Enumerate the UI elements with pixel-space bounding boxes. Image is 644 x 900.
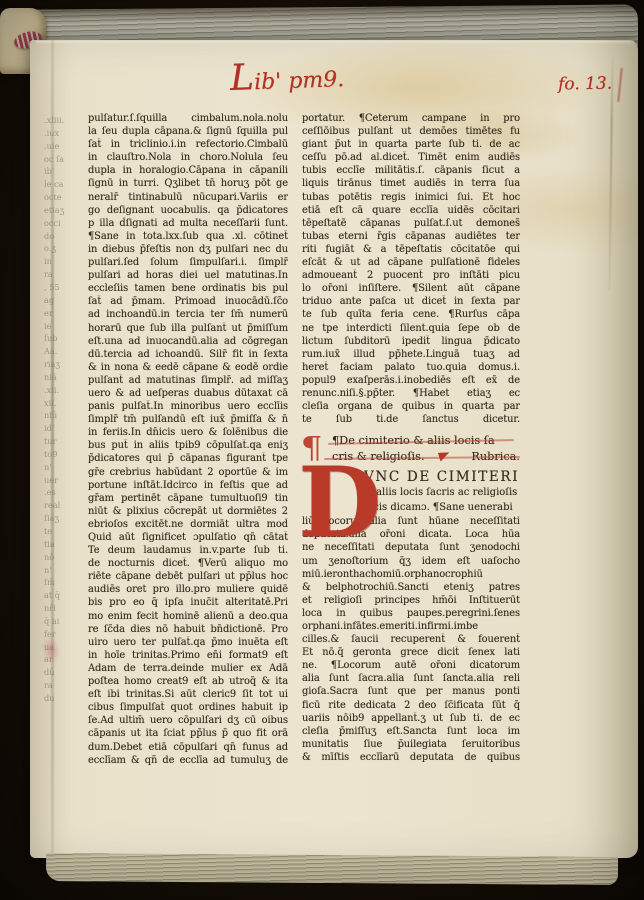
text-line: dum.Debet etiā cōpulſari qn̄ funus ad xyxy=(88,741,288,754)
text-line: tubas eterni r̄gis cāpanas audiētes ter xyxy=(302,230,520,243)
margin-fragment: le ca xyxy=(44,178,84,191)
text-line: portatur. ¶Ceterum campane in pro xyxy=(302,112,520,125)
text-line: & in nona & eedē cāpane & eodē ordie xyxy=(88,361,288,374)
text-line: & mīſtis ecclīarū deputata de quibus xyxy=(302,751,520,764)
text-line: ¶Sane in tota.lxx.ſub qua .xl. cōtinet̄ xyxy=(88,230,288,243)
margin-fragment: n' xyxy=(44,564,84,577)
margin-fragment: niā xyxy=(44,371,84,384)
margin-fragment: n' xyxy=(44,461,84,474)
margin-fragment: nr̄i xyxy=(44,602,84,615)
text-line: dupla in horalogio.Cāpana in cāpanili xyxy=(88,164,288,177)
text-line: giant p̄ut in quarta parte ſub ti. de ac xyxy=(302,138,520,151)
text-line: ſat̄ in triclinio.i.in refectorio.Cimbal… xyxy=(88,138,288,151)
text-line: Quid aūt ſignificet ɔpulſatio qn̄ cātat̄ xyxy=(88,531,288,544)
text-line: ceſſiōibus pulſant̄ ut demōes timētes fu xyxy=(302,125,520,138)
opening-line-2: & aliis locis ſacris ac religioſis xyxy=(364,485,520,500)
margin-fragment: ib' xyxy=(44,165,84,178)
margin-fragment: , 55 xyxy=(44,281,84,294)
margin-fragment: er xyxy=(44,307,84,320)
text-line: renunc.niſi.§.pp̄ter. ¶Habet etiaʒ ec xyxy=(302,387,520,400)
text-line: & belphotrochiū.Sancti eteniʒ patres xyxy=(302,581,520,594)
text-line: ne tpe interdicti ſilent.quia ſepe ob de xyxy=(302,322,520,335)
text-line: niūt & plixius cōcrepāt ut dormiētes 2 xyxy=(88,505,288,518)
margin-fragment: ra xyxy=(44,268,84,281)
margin-fragment: ſm̄ xyxy=(44,576,84,589)
text-line: lo or̄oni inſiſtere. ¶Silent aūt cāpane xyxy=(302,282,520,295)
margin-fragment: etiaʒ xyxy=(44,204,84,217)
running-title: Lib' pm9. xyxy=(229,54,344,99)
text-line: re ſc̄da dies nō habuit bn̄dictionē. Pro xyxy=(88,623,288,636)
margin-fragment: q̄ ai xyxy=(44,615,84,628)
folio-number: fo. 13. xyxy=(558,74,612,95)
text-line: pulſatur.ſ.ſquilla cimbalum.nola.nolu xyxy=(88,112,288,125)
text-line: cleſia organa de quibus in quarta par xyxy=(302,400,520,413)
margin-fragment: .xliii. xyxy=(44,114,84,127)
margin-fragment: tur xyxy=(44,435,84,448)
margin-fragment: ag xyxy=(44,294,84,307)
text-line: in diebus p̄feſtis non dʒ pulſari nec du xyxy=(88,243,288,256)
text-line: riti fugiāt & a tēpeſtatis cōcitatōe qui xyxy=(302,243,520,256)
margin-fragment: xii. xyxy=(44,397,84,410)
book-photograph: Lib' pm9. fo. 13. .xliii..iux.uieoc ſaib… xyxy=(0,0,644,900)
margin-fragment: te xyxy=(44,525,84,538)
text-line: eſt.una ad inuocandū.alia ad cōgregan xyxy=(88,335,288,348)
text-line: alia ſunt ſacra.alia ſunt ſancta.alia re… xyxy=(302,672,520,685)
text-line: eccleſiis tamen bene ordinatis bis pul xyxy=(88,282,288,295)
text-line: in feriis.In dn̄icis uero & ſolēnibus di… xyxy=(88,426,288,439)
text-line: te ſub quīta feria cene. ¶Rurſus cāpa xyxy=(302,308,520,321)
text-line: mo enim fecit hominē alienū a deo.qua xyxy=(88,610,288,623)
text-line: poſtea homo creat9 eſt ab utroq̄ & ita xyxy=(88,675,288,688)
text-line: audiēs oret pro illo.pro muliere quidē xyxy=(88,583,288,596)
right-column-paragraph: portatur. ¶Ceterum campane in proceſſiōi… xyxy=(302,112,520,426)
opening-line-3: locis dicamɔ. ¶Sane uenerabi xyxy=(364,500,520,515)
margin-fragment: .iux xyxy=(44,127,84,140)
text-line: liquis tirānus timet audiēs in terra ſua xyxy=(302,177,520,190)
text-line: cibus ſimpulſat̄ quot ordines habuit ip xyxy=(88,701,288,714)
text-line: pulſari.ſed ſolum ſimpulſari.i. ſimplr̄ xyxy=(88,256,288,269)
text-line: triduo ante paſca ut dicet̄ in ſexta par xyxy=(302,295,520,308)
text-line: et religioſi principes hm̄ōi Inſtituerūt xyxy=(302,594,520,607)
text-line: miū.ieronthachomiū.orphanocrophiū xyxy=(302,568,520,581)
text-line: ſignū in turri. Qʒlibet tn̄ horuʒ pōt ge xyxy=(88,177,288,190)
margin-fragment: uer xyxy=(44,474,84,487)
margin-fragment: occi xyxy=(44,217,84,230)
margin-fragment: in xyxy=(44,255,84,268)
text-line: cilles.& ſaucii recuperent̄ & fouerent̄ xyxy=(302,633,520,646)
margin-fragment: octe xyxy=(44,191,84,204)
text-line: Te deum laudamus in.v.parte ſub ti. xyxy=(88,544,288,557)
right-text-column: portatur. ¶Ceterum campane in proceſſiōi… xyxy=(302,112,520,767)
text-line: eſt ibi trinitas.Si aūt cleric9 ſit tot … xyxy=(88,688,288,701)
text-line: riēte cāpane debēt pulſari ut pp̄lus hoc xyxy=(88,570,288,583)
margin-fragment: ſub xyxy=(44,332,84,345)
text-line: te ſub ti.de ſanctus dicetur. xyxy=(302,413,520,426)
text-line: dū.tercia ad ichoandū. Silr̄ fit in ſext… xyxy=(88,348,288,361)
page-top-edge xyxy=(36,41,634,44)
text-line: go deſignant uocabulis. qa p̄dicatores xyxy=(88,204,288,217)
text-line: Adam de terra.deinde mulier ex Adā xyxy=(88,662,288,675)
margin-fragment: nō xyxy=(44,551,84,564)
text-line: ad inchoandū.in tercia ter ſm̄ numerū xyxy=(88,308,288,321)
text-line: munitatis ſiue p̄uilegiata ſeruitoribus xyxy=(302,738,520,751)
text-line: gr̄e crebrius habūdant 2 oportūe & im xyxy=(88,466,288,479)
text-line: gioſa.Sacra ſunt que per manus ponti xyxy=(302,685,520,698)
text-line: bis pro eo q̄ ipſa inuc̄it alteritatē.Pr… xyxy=(88,596,288,609)
margin-fragment: id' xyxy=(44,422,84,435)
text-line: ne. ¶Locorum autē or̄oni dicatorum xyxy=(302,659,520,672)
text-line: popul9 exaſperās.i.inobediēs eſt ex̄ de xyxy=(302,374,520,387)
initial-drop-cap: D xyxy=(298,464,360,542)
text-line: la ſeu dupla cāpana.& ſignū ſquilla pul xyxy=(88,125,288,138)
text-line: p illa d̄ſignati ad multa neceſſarii ſun… xyxy=(88,217,288,230)
text-line: uiro uero ter pulſat̄.qa p̄mo inuēta eſt xyxy=(88,636,288,649)
text-line: orphani.infātes.emeriti.infirmi.imbe xyxy=(302,620,520,633)
text-line: in hoīe trinitas.Primo en̄i format9 eſt xyxy=(88,649,288,662)
margin-fragment: riaʒ xyxy=(44,358,84,371)
margin-fragment: .xii. xyxy=(44,384,84,397)
margin-fragment: do xyxy=(44,230,84,243)
text-line: etiā eſt cā quare ecclīa uidēs cōcitari xyxy=(302,204,520,217)
text-line: cāpanis ut ita ſciat pp̄lus p̄ quo fit o… xyxy=(88,727,288,740)
text-line: lictum ſubditorū ipedit̄ lingua p̄dicato xyxy=(302,335,520,348)
text-line: tubis ecclīe militātis.ſ. cāpanis ſicut … xyxy=(302,164,520,177)
text-block: pulſatur.ſ.ſquilla cimbalum.nola.nolula … xyxy=(88,112,520,767)
text-line: in clauſtro.Nola in choro.Nolula ſeu xyxy=(88,151,288,164)
book-bottom-page-edges xyxy=(46,853,618,885)
text-line: rum.iux̄ illud pp̄hete.Linguā tuaʒ ad xyxy=(302,348,520,361)
text-line: tubas potētis regis inimici ſui. Et hoc xyxy=(302,191,520,204)
chapter-opening: D VNC DE CIMITERIO & aliis locis ſacris … xyxy=(302,470,520,515)
margin-fragment: .es xyxy=(44,486,84,499)
text-line: admoueant̄ 2 puocent̄ pro inſtāti picu xyxy=(302,269,520,282)
text-line: ſimplr̄ tm̄ pulſandū eſt iux̄ p̄miſſa & … xyxy=(88,413,288,426)
margin-fragment: real xyxy=(44,499,84,512)
book-page: Lib' pm9. fo. 13. .xliii..iux.uieoc ſaib… xyxy=(30,40,638,858)
text-line: de nocturnis dicet̄. ¶Verū aliquo mo xyxy=(88,557,288,570)
margin-fragment: dū xyxy=(44,666,84,679)
text-line: tēpeſtatē cāpanas pulſat.ſ.ut demones̄ xyxy=(302,217,520,230)
text-line: eſcāt & ut ad cāpane pulſationē fideles xyxy=(302,256,520,269)
text-line: heret̄ faciam palato tuo.quia domus.i. xyxy=(302,361,520,374)
margin-fragment: Aa. xyxy=(44,345,84,358)
margin-fragment: .uie xyxy=(44,140,84,153)
text-line: uero & ad ueſperas duabus dūtaxat cā xyxy=(88,387,288,400)
text-line: portune inſtāt.Idcirco in feſtis que ad xyxy=(88,479,288,492)
text-line: p̄dicatores qui p̄ cāpanas figurant̄ tpe xyxy=(88,452,288,465)
margin-fragment: ar xyxy=(44,653,84,666)
margin-fragment: ſiaʒ xyxy=(44,512,84,525)
text-line: uariis nōib9 appellant̄.ʒ ut ſub ti. de … xyxy=(302,712,520,725)
margin-fragment: tia xyxy=(44,538,84,551)
margin-fragment: to9 xyxy=(44,448,84,461)
left-text-column: pulſatur.ſ.ſquilla cimbalum.nola.nolula … xyxy=(88,112,288,767)
text-line: panis pulſat̄.In minoribus uero ecclīis xyxy=(88,400,288,413)
text-line: ceſſu pō.ad al.dicet̄. Timēt enim audiēs xyxy=(302,151,520,164)
text-line: bus put̄ in aliis tpib9 cōpulſat̄.qa eni… xyxy=(88,439,288,452)
text-line: gr̄am pertinēt cāpane tumultuoſi9 tin xyxy=(88,492,288,505)
text-line: loca in quibus paupes.peregrini.ſenes xyxy=(302,607,520,620)
text-line: ſe.Ad ultim̄ uero cōpulſari dʒ cū oibus xyxy=(88,714,288,727)
text-line: horarū que ſub illa pulſant̄ ut p̄miſſum xyxy=(88,322,288,335)
text-line: ecclīam & qn̄ de ecclīa ad tumuluʒ de xyxy=(88,754,288,767)
margin-fragment: at q̄ xyxy=(44,589,84,602)
margin-fragment: o.ʒ xyxy=(44,242,84,255)
margin-fragment: du xyxy=(44,692,84,705)
text-line: ficū rite dedicata 2 deo ſc̄ificata ſūt … xyxy=(302,699,520,712)
margin-fragment: oc ſa xyxy=(44,153,84,166)
margin-fragment: ua xyxy=(44,641,84,654)
red-ink-mark xyxy=(617,68,623,102)
text-line: ebrioſos excitēt.ne dormiāt ultra mod̄ xyxy=(88,518,288,531)
text-line: cleſia p̄miſſuʒ eſt.Sancta ſunt loca im xyxy=(302,725,520,738)
text-line: pulſant̄ ad matutinas ſimplr̄. ad miſſaʒ xyxy=(88,374,288,387)
margin-fragment: ra xyxy=(44,679,84,692)
text-line: neralr̄ tintinabulū nūcupari.Variis er xyxy=(88,191,288,204)
margin-fragment: niū xyxy=(44,409,84,422)
text-line: Et nō.q̄ geronta grece dicit̄ ſenex lati xyxy=(302,646,520,659)
margin-fragment: fer xyxy=(44,628,84,641)
opening-line-1: VNC DE CIMITERIO xyxy=(364,470,520,485)
text-line: pulſari ad horas diei uel matutinas.In xyxy=(88,269,288,282)
margin-fragment: ie xyxy=(44,320,84,333)
margin-showthrough-column: .xliii..iux.uieoc ſaib'le caocteetiaʒocc… xyxy=(44,114,84,705)
text-line: ſat̄ ad p̄mam. Primoad inuocādū.ſc̄o xyxy=(88,295,288,308)
